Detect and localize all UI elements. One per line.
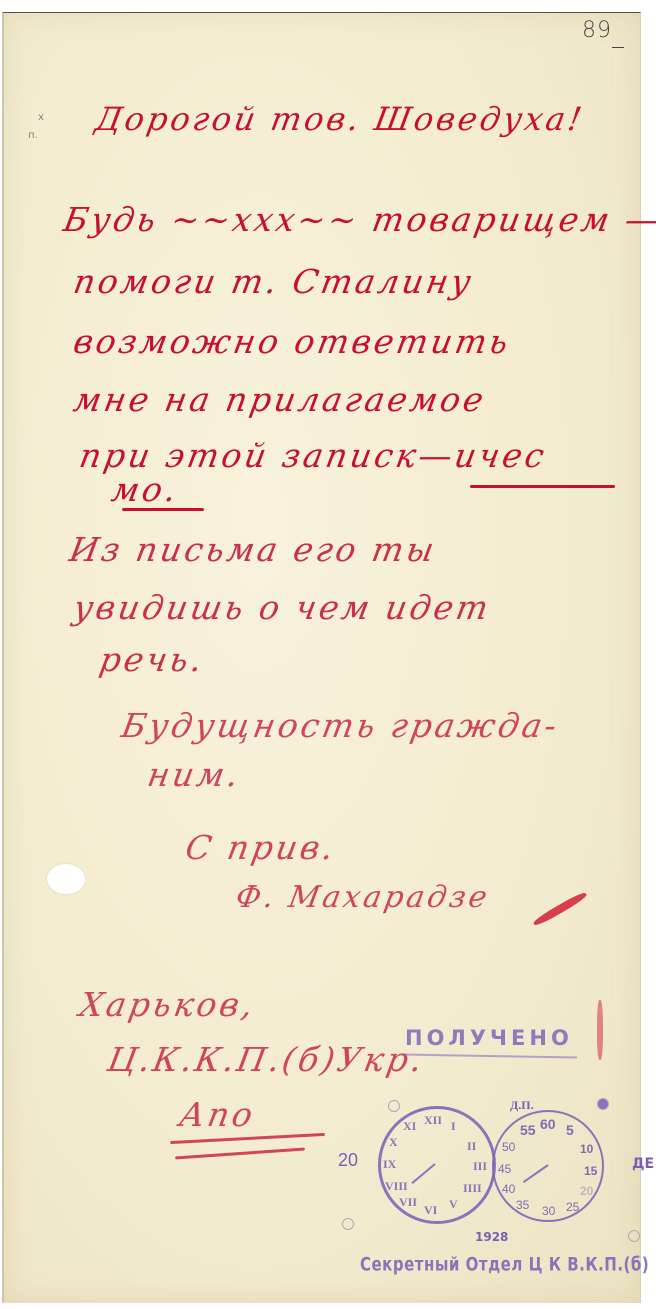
underline (470, 485, 615, 488)
minute-hand (523, 1164, 549, 1183)
minute-mark: 15 (584, 1164, 597, 1178)
sender-org: Ц.К.К.П.(б)Укр. (105, 1040, 429, 1079)
minute-mark: 10 (580, 1142, 593, 1156)
hour-dial: XII I II III IIII V VI VII VIII IX X XI (378, 1106, 496, 1224)
minute-mark: 25 (566, 1200, 579, 1214)
minute-mark: 30 (542, 1204, 555, 1218)
body-line-6: мо. (109, 470, 183, 509)
margin-mark: x (38, 112, 44, 123)
hour-hand (411, 1163, 435, 1184)
body2-line-2: увидишь о чем идет (71, 588, 495, 627)
minute-mark: 60 (540, 1116, 556, 1132)
stamp-dot (628, 1230, 640, 1242)
hour-mark: V (449, 1197, 458, 1212)
stamp-dot (597, 1098, 609, 1110)
minute-mark: 5 (566, 1122, 574, 1138)
hour-mark: III (473, 1159, 487, 1174)
sender-code: Апо (177, 1095, 259, 1134)
minute-mark: 35 (516, 1198, 529, 1212)
stamp-received-title: ПОЛУЧЕНО (405, 1026, 573, 1050)
margin-mark: п. (28, 130, 38, 141)
body-line-1: Будь ~~xxx~~ товарищем — (61, 200, 656, 239)
stamp-month: ДЕ (632, 1156, 654, 1172)
minute-mark: 55 (520, 1122, 536, 1138)
stamp-dot (342, 1218, 354, 1230)
underline (122, 508, 204, 511)
minute-mark: 50 (502, 1140, 515, 1154)
hour-mark: VI (424, 1203, 437, 1218)
minute-mark: 20 (580, 1184, 593, 1198)
body-line-2: помоги т. Сталину (71, 262, 477, 301)
closing-line-2: ним. (145, 755, 245, 794)
hour-mark: IIII (463, 1181, 482, 1196)
closing-line-1: Будущность гражда- (119, 706, 563, 745)
hour-mark: I (451, 1119, 456, 1134)
hour-mark: X (389, 1135, 398, 1150)
minute-dial: 60 5 10 15 20 25 30 35 40 45 50 55 (492, 1110, 604, 1222)
hour-mark: VII (399, 1195, 417, 1210)
stamp-period-label: Д.П. (510, 1098, 534, 1113)
sender-city: Харьков, (77, 985, 259, 1024)
salutation: Дорогой тов. Шоведуха! (93, 100, 588, 138)
hour-mark: IX (383, 1157, 396, 1172)
stamp-dot (388, 1100, 400, 1112)
body-line-4: мне на прилагаемое (71, 380, 490, 419)
folio-number: 89 (582, 18, 612, 43)
hour-mark: XII (424, 1113, 442, 1128)
regards: С прив. (183, 828, 340, 867)
hour-mark: II (467, 1139, 476, 1154)
ink-mark (597, 1000, 603, 1060)
punch-hole (47, 864, 85, 894)
body2-line-3: речь. (97, 640, 209, 679)
stamp-department: Секретный Отдел Ц К В.К.П.(б) (360, 1253, 649, 1276)
minute-mark: 40 (502, 1182, 515, 1196)
signature: Ф. Махарадзе (233, 880, 493, 915)
hour-mark: XI (403, 1119, 416, 1134)
minute-mark: 45 (498, 1162, 511, 1176)
body2-line-1: Из письма его ты (67, 530, 440, 569)
hour-mark: VIII (385, 1179, 408, 1194)
body-line-3: возможно ответить (71, 322, 514, 361)
stamp-year: 1928 (475, 1230, 508, 1244)
stamp-day: 20 (338, 1150, 358, 1171)
folio-underline (612, 47, 624, 48)
